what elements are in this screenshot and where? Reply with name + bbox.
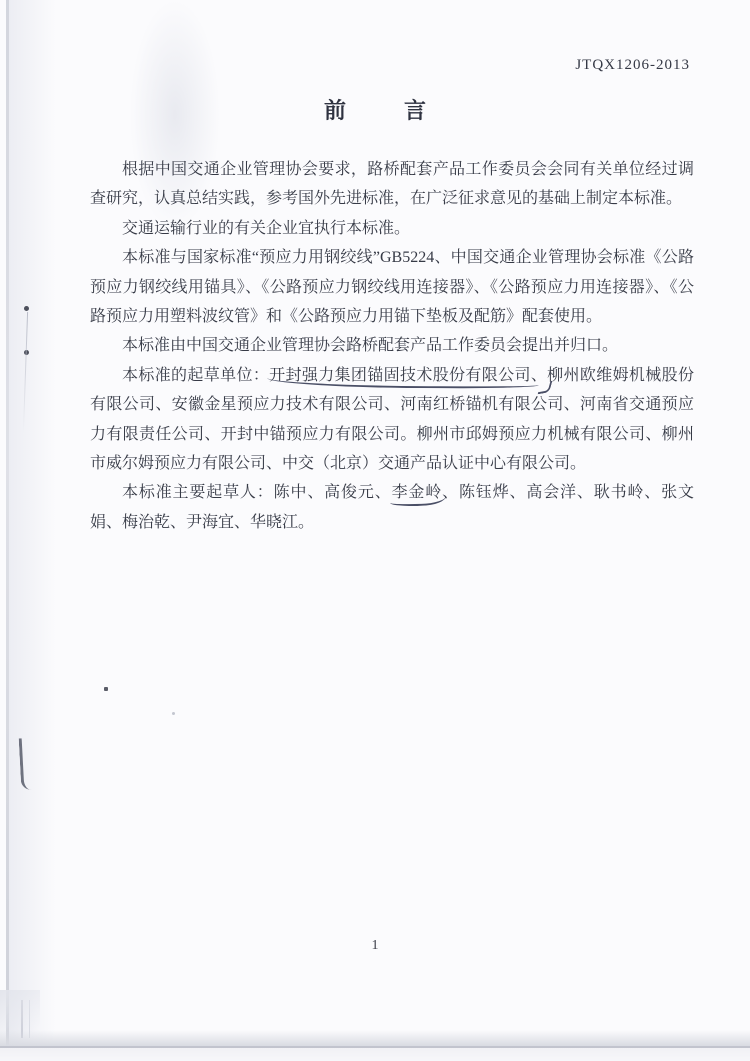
text-segment: 本标准与国家标准“预应力用钢绞线”GB5224、中国交通企业管理协会标准《公路预…	[90, 249, 694, 325]
scan-artifact-speck	[104, 687, 108, 691]
standard-code: JTQX1206-2013	[575, 57, 690, 74]
scan-artifact-bottom-strip	[0, 1048, 750, 1061]
scanned-page: JTQX1206-2013 前 言 根据中国交通企业管理协会要求，路桥配套产品工…	[0, 0, 750, 1061]
scan-artifact-left-band	[9, 0, 61, 1047]
text-segment: 根据中国交通企业管理协会要求，路桥配套产品工作委员会会同有关单位经过调查研究，认…	[90, 161, 694, 207]
paragraph: 本标准由中国交通企业管理协会路桥配套产品工作委员会提出并归口。	[90, 331, 694, 360]
text-segment: 本标准由中国交通企业管理协会路桥配套产品工作委员会提出并归口。	[122, 337, 618, 354]
paragraph: 本标准的起草单位：开封强力集团锚固技术股份有限公司、柳州欧维姆机械股份有限公司、…	[90, 361, 694, 479]
pen-underlined-text: 开封强力集团锚固技术股份有限公司	[269, 367, 531, 384]
page-title: 前 言	[0, 94, 750, 125]
text-segment: 本标准主要起草人：陈中、高俊元、	[122, 484, 392, 501]
pen-underlined-text: 李金岭	[392, 484, 443, 501]
scan-artifact-bottom-shadow	[0, 1030, 750, 1046]
page-number: 1	[0, 938, 750, 954]
text-segment: 本标准的起草单位：	[122, 367, 269, 384]
scan-artifact-staple-dot	[24, 306, 29, 311]
paragraph: 本标准主要起草人：陈中、高俊元、李金岭、陈钰烨、高会洋、耿书岭、张文娟、梅治乾、…	[90, 478, 694, 537]
paragraph: 根据中国交通企业管理协会要求，路桥配套产品工作委员会会同有关单位经过调查研究，认…	[90, 155, 694, 214]
foreword-body: 根据中国交通企业管理协会要求，路桥配套产品工作委员会会同有关单位经过调查研究，认…	[90, 155, 694, 537]
scan-artifact-left-line	[6, 0, 9, 1047]
paragraph: 交通运输行业的有关企业宜执行本标准。	[90, 214, 694, 243]
text-segment: 交通运输行业的有关企业宜执行本标准。	[122, 220, 410, 237]
paragraph: 本标准与国家标准“预应力用钢绞线”GB5224、中国交通企业管理协会标准《公路预…	[90, 243, 694, 331]
scan-artifact-speck	[172, 712, 175, 715]
